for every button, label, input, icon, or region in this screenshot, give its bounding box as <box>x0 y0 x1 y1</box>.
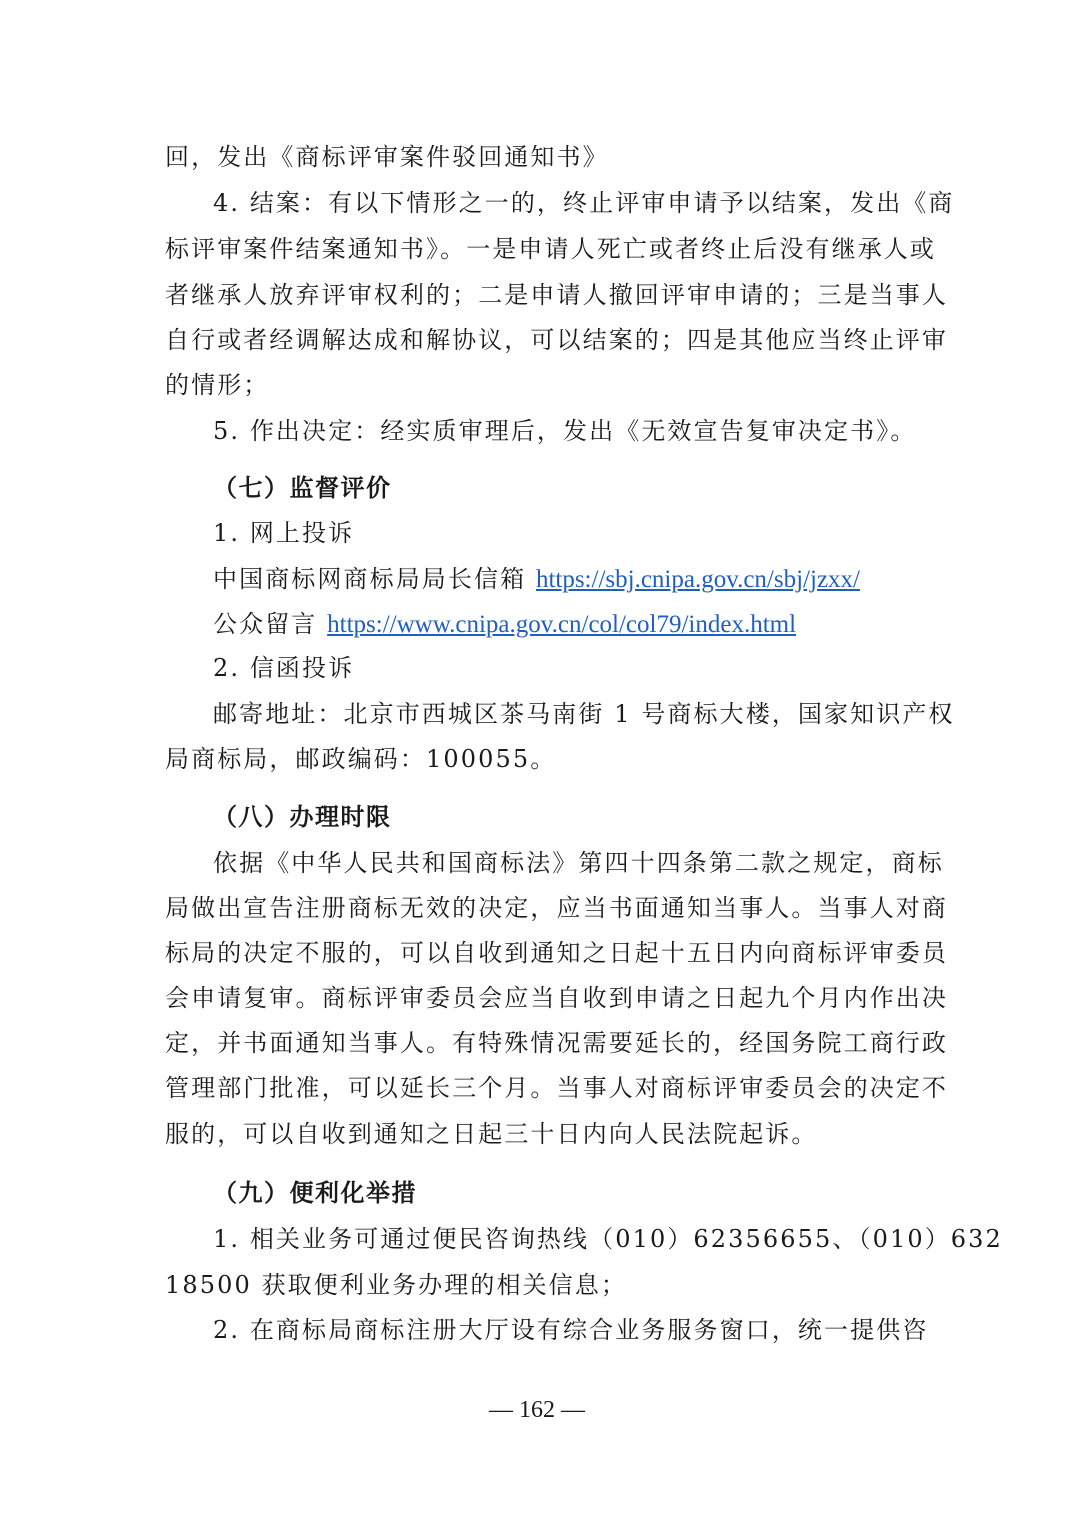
body-line: 依据《中华人民共和国商标法》第四十四条第二款之规定，商标 <box>213 847 913 879</box>
body-line: 回，发出《商标评审案件驳回通知书》 <box>165 141 913 173</box>
section-heading-supervision: （七）监督评价 <box>213 472 961 504</box>
item-title-letter-complaint: 2. 信函投诉 <box>213 652 913 684</box>
address-line: 邮寄地址：北京市西城区茶马南街 1 号商标大楼，国家知识产权 <box>213 698 913 730</box>
document-page: 回，发出《商标评审案件驳回通知书》 4. 结案：有以下情形之一的，终止评审申请予… <box>0 0 1074 1520</box>
message-link[interactable]: https://www.cnipa.gov.cn/col/col79/index… <box>327 611 796 638</box>
body-line: 1. 相关业务可通过便民咨询热线（010）62356655、（010）632 <box>213 1223 913 1255</box>
body-line: 服的，可以自收到通知之日起三十日内向人民法院起诉。 <box>165 1118 913 1150</box>
body-line: 局做出宣告注册商标无效的决定，应当书面通知当事人。当事人对商 <box>165 892 913 924</box>
address-line: 局商标局，邮政编码：100055。 <box>165 743 913 775</box>
body-line: 自行或者经调解达成和解协议，可以结案的；四是其他应当终止评审 <box>165 324 913 356</box>
section-heading-convenience: （九）便利化举措 <box>213 1177 961 1209</box>
body-line: 标评审案件结案通知书》。一是申请人死亡或者终止后没有继承人或 <box>165 233 913 265</box>
message-line: 公众留言 https://www.cnipa.gov.cn/col/col79/… <box>213 608 913 641</box>
body-line: 定，并书面通知当事人。有特殊情况需要延长的，经国务院工商行政 <box>165 1027 913 1059</box>
body-line: 4. 结案：有以下情形之一的，终止评审申请予以结案，发出《商 <box>213 187 913 219</box>
mailbox-label: 中国商标网商标局局长信箱 <box>213 565 536 593</box>
message-label: 公众留言 <box>213 610 327 638</box>
body-line: 的情形； <box>165 369 913 401</box>
body-line: 标局的决定不服的，可以自收到通知之日起十五日内向商标评审委员 <box>165 937 913 969</box>
section-heading-time-limit: （八）办理时限 <box>213 801 961 833</box>
item-title-online-complaint: 1. 网上投诉 <box>213 517 913 549</box>
body-line: 18500 获取便利业务办理的相关信息； <box>165 1269 913 1301</box>
mailbox-link[interactable]: https://sbj.cnipa.gov.cn/sbj/jzxx/ <box>536 566 860 593</box>
body-line: 管理部门批准，可以延长三个月。当事人对商标评审委员会的决定不 <box>165 1072 913 1104</box>
body-line: 者继承人放弃评审权利的；二是申请人撤回评审申请的；三是当事人 <box>165 279 913 311</box>
body-line: 会申请复审。商标评审委员会应当自收到申请之日起九个月内作出决 <box>165 982 913 1014</box>
mailbox-line: 中国商标网商标局局长信箱 https://sbj.cnipa.gov.cn/sb… <box>213 563 913 596</box>
page-number: — 162 — <box>0 1397 1074 1424</box>
body-line: 5. 作出决定：经实质审理后，发出《无效宣告复审决定书》。 <box>213 415 913 447</box>
body-line: 2. 在商标局商标注册大厅设有综合业务服务窗口，统一提供咨 <box>213 1314 913 1346</box>
